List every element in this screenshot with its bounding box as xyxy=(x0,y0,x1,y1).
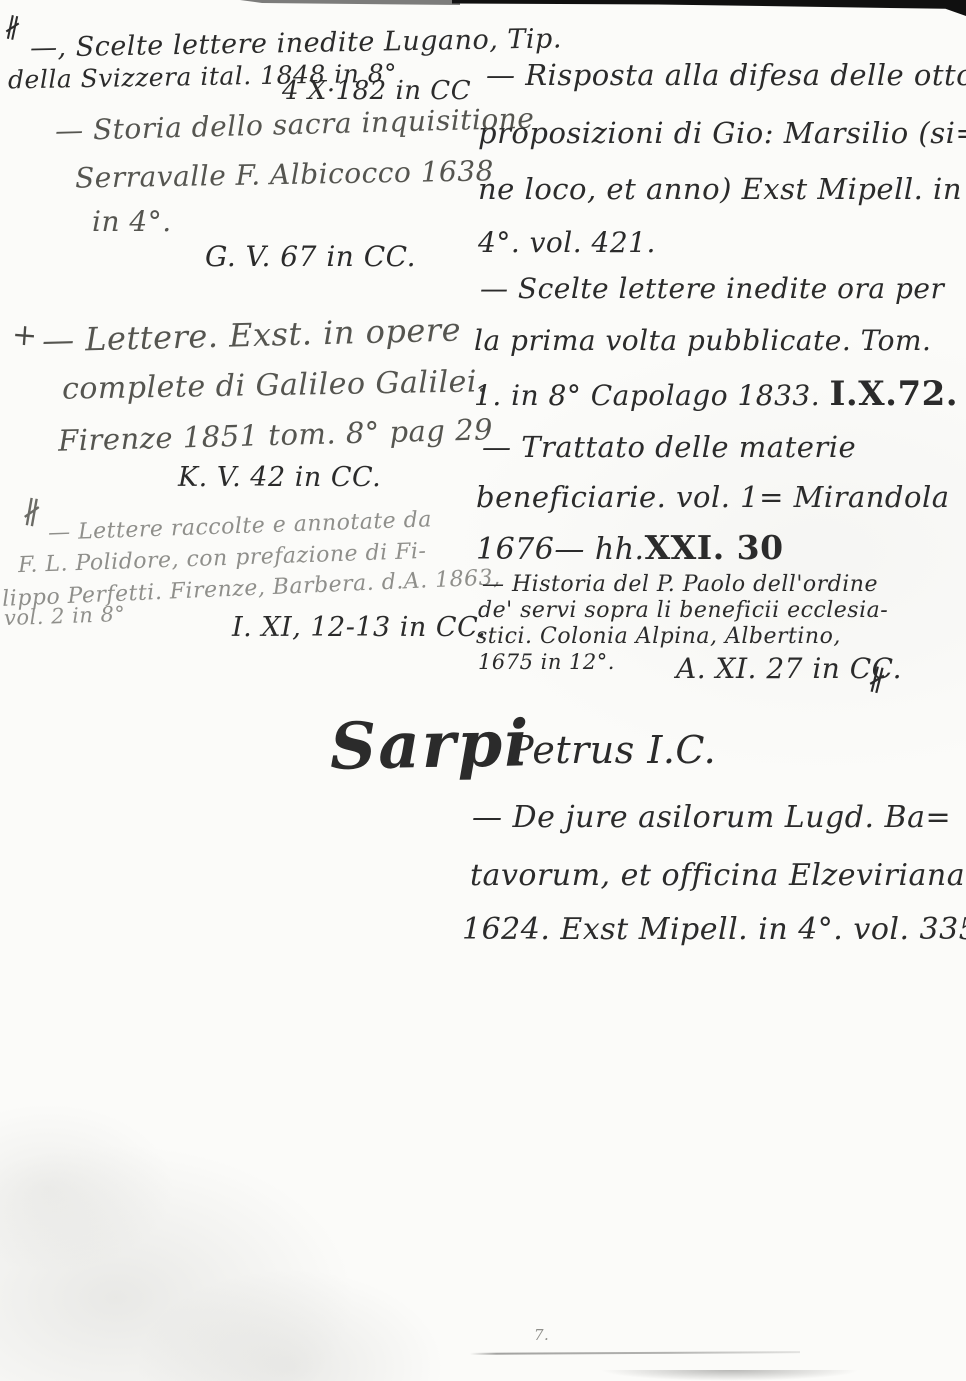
bottom-entry-line3: 1624. Exst Mipell. in 4°. vol. 335. xyxy=(462,912,966,947)
bottom-pencil-line xyxy=(470,1351,800,1355)
bottom-entry-line2: tavorum, et officina Elzeviriana xyxy=(470,858,965,893)
right-entry1-line4: 4°. vol. 421. xyxy=(478,226,656,259)
scan-edge-top xyxy=(452,0,966,16)
right-entry3-shelfmark: XXI. 30 xyxy=(645,528,784,567)
left-entry3-line2: complete di Galileo Galilei. xyxy=(62,364,488,406)
left-entry2-shelfmark: G. V. 67 in CC. xyxy=(205,240,416,273)
left-entry1-line1: —, Scelte lettere inedite Lugano, Tip. xyxy=(30,23,562,63)
right-entry3-line3-text: 1676— hh. xyxy=(476,532,645,567)
right-entry2-line3: 1. in 8° Capolago 1833. I.X.72. xyxy=(474,374,958,414)
left-entry3-line1: — Lettere. Exst. in opere xyxy=(42,311,462,360)
right-entry2-line2: la prima volta pubblicate. Tom. xyxy=(474,324,931,357)
left-entry2-line3: in 4°. xyxy=(92,205,172,238)
left-entry3-shelfmark: K. V. 42 in CC. xyxy=(178,462,381,493)
right-entry3-line1: — Trattato delle materie xyxy=(482,430,856,464)
left-entry2-line2: Serravalle F. Albicocco 1638 xyxy=(75,154,494,194)
bottom-small-mark: 7. xyxy=(534,1326,549,1344)
left-entry1-shelfmark: 4 X·182 in CC xyxy=(282,76,471,106)
heading-surname: Sarpi xyxy=(329,706,531,784)
scan-edge-top-left xyxy=(240,0,460,5)
right-entry2-line3-text: 1. in 8° Capolago 1833. xyxy=(474,379,820,412)
left-entry4-line4: vol. 2 in 8° xyxy=(4,602,126,630)
right-entry4-line1: — Historia del P. Paolo dell'ordine xyxy=(482,572,878,597)
right-entry4-line3: stici. Colonia Alpina, Albertino, xyxy=(476,624,841,649)
bottom-entry-line1: — De jure asilorum Lugd. Ba= xyxy=(472,800,951,835)
right-entry1-line1: — Risposta alla difesa delle otto xyxy=(486,58,966,92)
margin-mark-top-left: ∦ xyxy=(1,13,24,46)
bottom-smudge xyxy=(600,1370,860,1381)
right-entry3-line3: 1676— hh.XXI. 30 xyxy=(476,528,784,567)
heading-forename: Petrus I.C. xyxy=(508,728,716,772)
right-entry1-line2: proposizioni di Gio: Marsilio (si= xyxy=(478,116,966,150)
right-entry1-line3: ne loco, et anno) Exst Mipell. in xyxy=(478,172,962,206)
left-entry3-line3: Firenze 1851 tom. 8° pag 29 xyxy=(58,412,494,457)
right-entry4-line4: 1675 in 12°. xyxy=(478,650,615,674)
right-entry2-line1: — Scelte lettere inedite ora per xyxy=(480,272,944,305)
margin-mark-entry3: + xyxy=(11,317,39,354)
right-entry4-line2: de' servi sopra li beneficii ecclesia- xyxy=(478,598,888,623)
margin-mark-entry4: ∦ xyxy=(19,495,44,533)
left-entry4-shelfmark: I. XI, 12-13 in CC. xyxy=(232,612,486,643)
manuscript-page: ∦ + ∦ —, Scelte lettere inedite Lugano, … xyxy=(0,0,966,1381)
right-entry3-line2: beneficiarie. vol. 1= Mirandola xyxy=(476,480,950,514)
right-entry2-shelfmark: I.X.72. xyxy=(830,374,959,414)
left-entry2-line1: — Storia dello sacra inquisitione xyxy=(55,102,535,148)
